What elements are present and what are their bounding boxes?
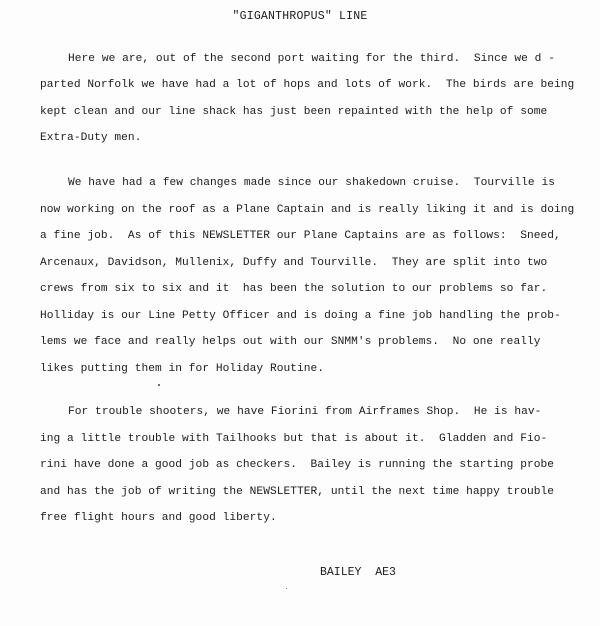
paragraph-3-line-2: ing a little trouble with Tailhooks but … <box>40 431 547 447</box>
paragraph-3-line-1: For trouble shooters, we have Fiorini fr… <box>68 404 541 420</box>
author-signature: BAILEY AE3 <box>320 566 396 579</box>
paragraph-3-line-4: and has the job of writing the NEWSLETTE… <box>40 484 554 500</box>
ink-speck <box>158 384 160 386</box>
paragraph-2-line-7: lems we face and really helps out with o… <box>40 334 541 350</box>
paragraph-2-line-6: Holliday is our Line Petty Officer and i… <box>40 308 561 324</box>
document-title: "GIGANTHROPUS" LINE <box>0 10 600 23</box>
paragraph-2-line-1: We have had a few changes made since our… <box>68 175 555 191</box>
paragraph-3-line-3: rini have done a good job as checkers. B… <box>40 457 554 473</box>
paragraph-2-line-2: now working on the roof as a Plane Capta… <box>40 202 574 218</box>
paragraph-2-line-8: likes putting them in for Holiday Routin… <box>40 361 324 377</box>
paragraph-2-line-5: crews from six to six and it has been th… <box>40 281 547 297</box>
paragraph-1-line-4: Extra-Duty men. <box>40 130 141 146</box>
typewritten-page: "GIGANTHROPUS" LINE Here we are, out of … <box>0 0 600 626</box>
ink-speck <box>286 588 287 589</box>
paragraph-1-line-2: parted Norfolk we have had a lot of hops… <box>40 77 574 93</box>
paragraph-1-line-1: Here we are, out of the second port wait… <box>68 51 555 67</box>
paragraph-3-line-5: free flight hours and good liberty. <box>40 510 277 526</box>
paragraph-2-line-4: Arcenaux, Davidson, Mullenix, Duffy and … <box>40 255 547 271</box>
paragraph-1-line-3: kept clean and our line shack has just b… <box>40 104 547 120</box>
paragraph-2-line-3: a fine job. As of this NEWSLETTER our Pl… <box>40 228 561 244</box>
